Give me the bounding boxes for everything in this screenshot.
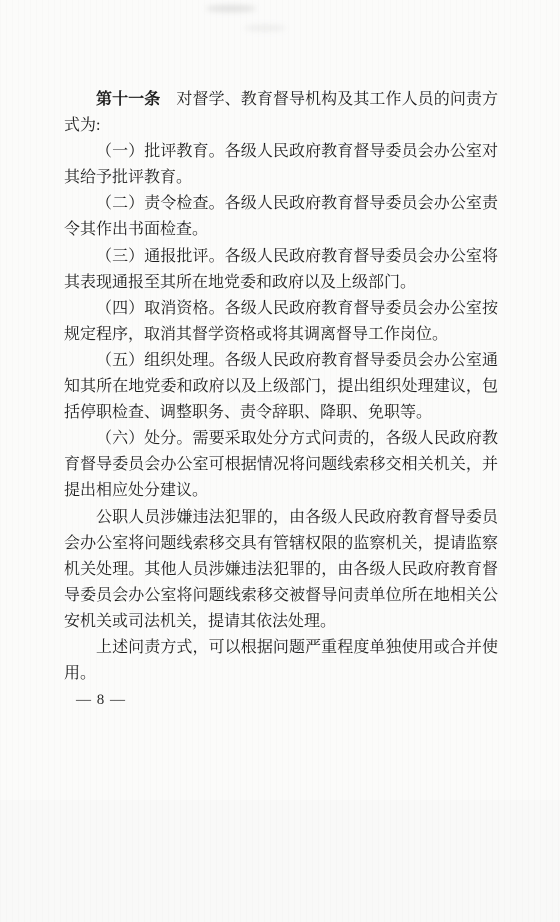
- article-number: 第十一条: [96, 91, 160, 108]
- paper-shade: [0, 800, 560, 922]
- scan-artifact: [206, 5, 256, 12]
- scan-artifact: [244, 25, 286, 31]
- paragraph-article-11: 第十一条 对督学、教育督导机构及其工作人员的问责方式为:: [64, 87, 498, 139]
- criminal-referral-text: 公职人员涉嫌违法犯罪的，由各级人民政府教育督导委员会办公室将问题线索移交具有管辖…: [64, 509, 498, 630]
- paragraph-usage-note: 上述问责方式，可以根据问题严重程度单独使用或合并使用。: [64, 635, 498, 687]
- usage-note-text: 上述问责方式，可以根据问题严重程度单独使用或合并使用。: [64, 639, 498, 682]
- paragraph-item-2: （二）责令检查。各级人民政府教育督导委员会办公室责令其作出书面检查。: [64, 191, 498, 243]
- page-number: — 8 —: [76, 687, 498, 713]
- item-1-text: （一）批评教育。各级人民政府教育督导委员会办公室对其给予批评教育。: [64, 143, 498, 186]
- paragraph-item-3: （三）通报批评。各级人民政府教育督导委员会办公室将其表现通报至其所在地党委和政府…: [64, 244, 498, 296]
- paragraph-item-4: （四）取消资格。各级人民政府教育督导委员会办公室按规定程序，取消其督学资格或将其…: [64, 296, 498, 348]
- item-3-text: （三）通报批评。各级人民政府教育督导委员会办公室将其表现通报至其所在地党委和政府…: [64, 248, 498, 291]
- document-body: 第十一条 对督学、教育督导机构及其工作人员的问责方式为: （一）批评教育。各级人…: [64, 87, 498, 713]
- item-6-text: （六）处分。需要采取处分方式问责的，各级人民政府教育督导委员会办公室可根据情况将…: [64, 430, 498, 499]
- paragraph-item-6: （六）处分。需要采取处分方式问责的，各级人民政府教育督导委员会办公室可根据情况将…: [64, 426, 498, 504]
- paragraph-criminal-referral: 公职人员涉嫌违法犯罪的，由各级人民政府教育督导委员会办公室将问题线索移交具有管辖…: [64, 505, 498, 635]
- item-2-text: （二）责令检查。各级人民政府教育督导委员会办公室责令其作出书面检查。: [64, 195, 498, 238]
- item-4-text: （四）取消资格。各级人民政府教育督导委员会办公室按规定程序，取消其督学资格或将其…: [64, 300, 498, 343]
- document-page: 第十一条 对督学、教育督导机构及其工作人员的问责方式为: （一）批评教育。各级人…: [0, 0, 560, 922]
- paragraph-item-5: （五）组织处理。各级人民政府教育督导委员会办公室通知其所在地党委和政府以及上级部…: [64, 348, 498, 426]
- paragraph-item-1: （一）批评教育。各级人民政府教育督导委员会办公室对其给予批评教育。: [64, 139, 498, 191]
- item-5-text: （五）组织处理。各级人民政府教育督导委员会办公室通知其所在地党委和政府以及上级部…: [64, 352, 498, 421]
